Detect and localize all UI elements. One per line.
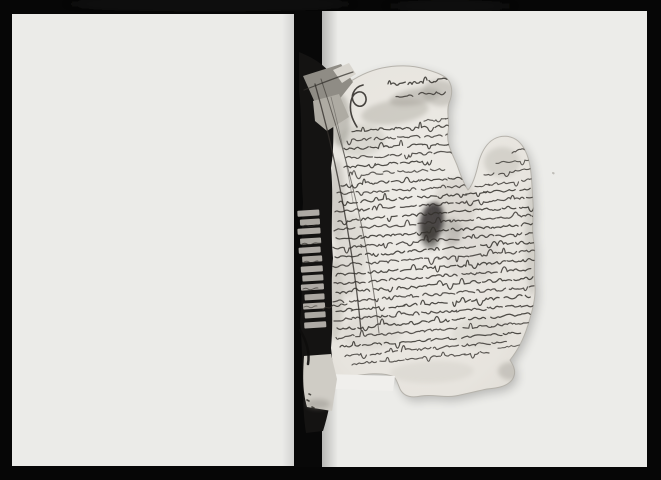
left-blank-page <box>12 14 294 466</box>
scanner-noise-top-right <box>380 3 520 9</box>
scan-image <box>0 0 661 480</box>
archival-scan <box>0 0 661 480</box>
under-leaf-step <box>327 374 395 391</box>
scanner-noise-top <box>60 0 360 8</box>
